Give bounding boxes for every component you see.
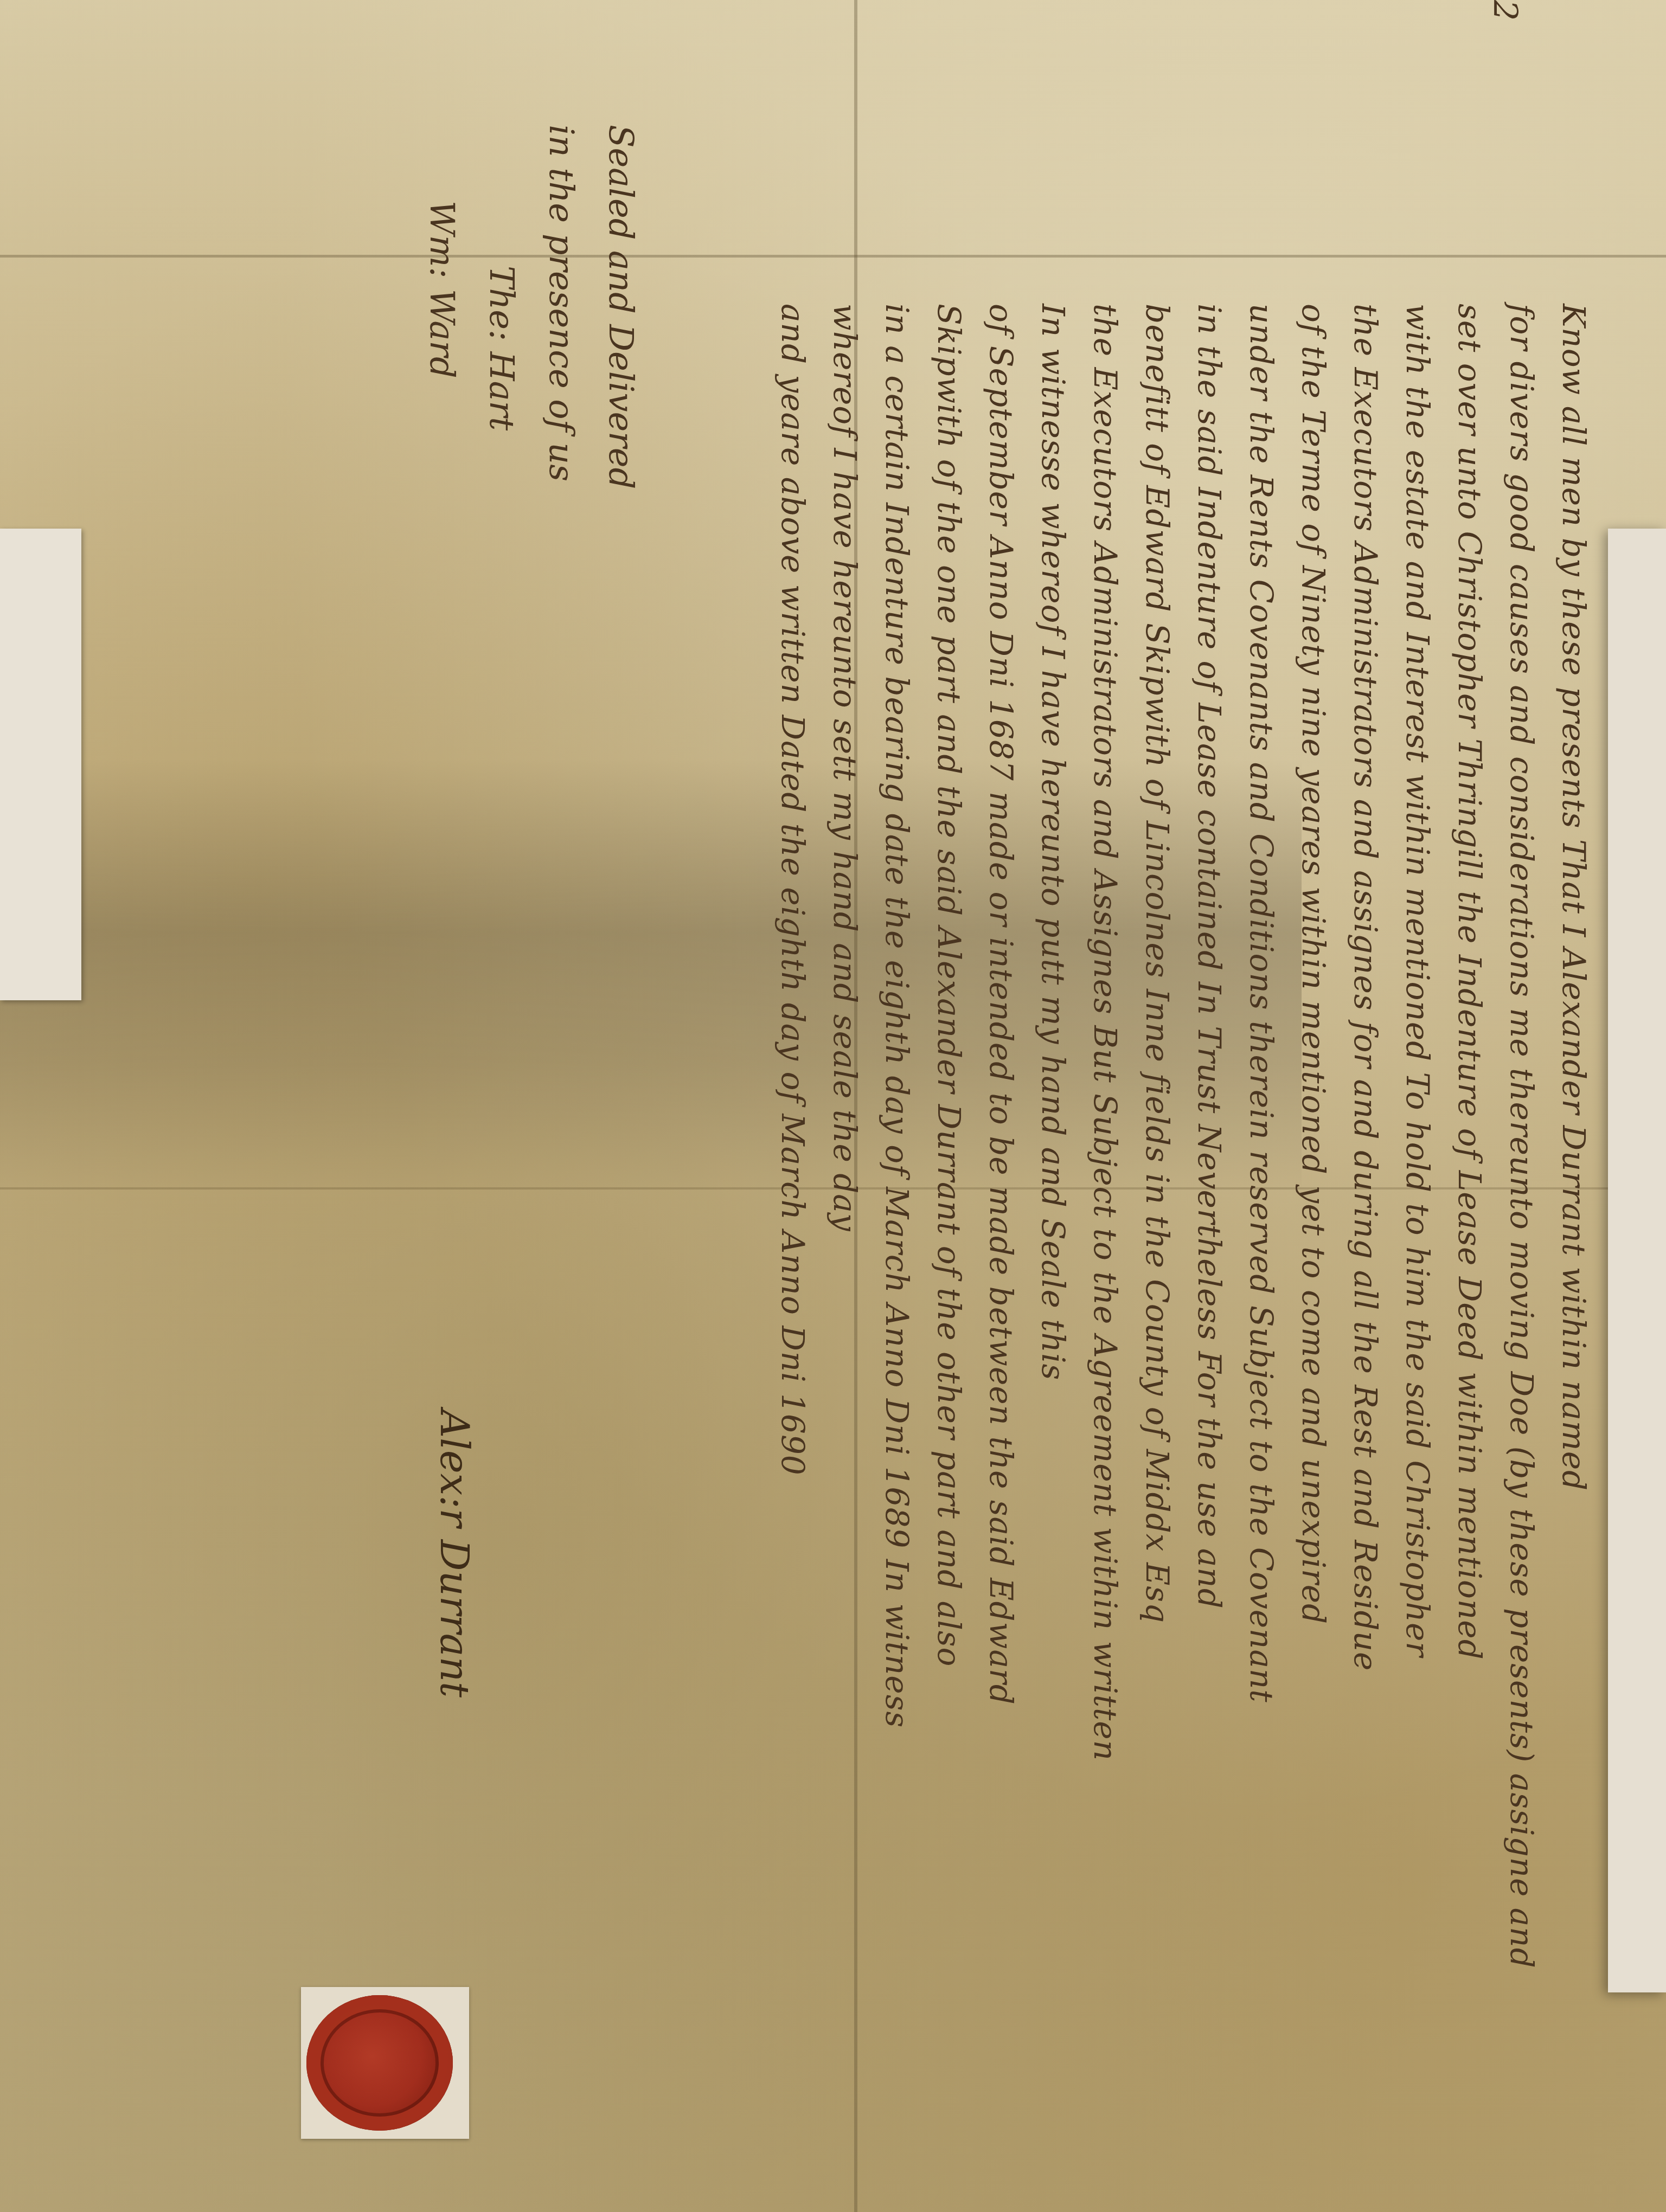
witness-name: Wm: Ward	[412, 125, 472, 884]
signature: Alex:r Durrant	[390, 1410, 477, 1952]
mounting-tab-right	[1608, 529, 1666, 1992]
text-line: In witnesse whereof I have hereunto putt…	[1027, 304, 1079, 2201]
text-line: of the Terme of Ninety nine yeares withi…	[1287, 304, 1340, 2201]
witness-name: The: Hart	[472, 125, 531, 884]
endorsement: Sealed and Delivered in the presence of …	[325, 125, 651, 884]
text-line: the Executors Administrators and assigne…	[1340, 304, 1392, 2201]
text-line: set over unto Christopher Thringill the …	[1444, 304, 1496, 2201]
endorsement-line: in the presence of us	[531, 125, 591, 884]
text-line: in the said Indenture of Lease contained…	[1183, 304, 1235, 2201]
text-line: the Executors Administrators and Assigne…	[1079, 304, 1131, 2201]
text-line: Skipwith of the one part and the said Al…	[923, 304, 975, 2201]
top-mark: 2	[1443, 0, 1524, 43]
horizontal-fold-line-top	[0, 255, 1666, 258]
text-line: in a certain Indenture bearing date the …	[871, 304, 923, 2201]
text-line: benefitt of Edward Skipwith of Lincolnes…	[1131, 304, 1183, 2201]
text-line: under the Rents Covenants and Conditions…	[1235, 304, 1287, 2201]
text-line: with the estate and Interest within ment…	[1392, 304, 1444, 2201]
text-line: whereof I have hereunto sett my hand and…	[819, 304, 871, 2201]
text-line: for divers good causes and consideration…	[1496, 304, 1548, 2201]
deed-body-text: Know all men by these presents That I Al…	[813, 304, 1600, 2201]
endorsement-line: Sealed and Delivered	[591, 125, 651, 884]
wax-seal-icon	[306, 1995, 453, 2131]
mounting-tab-left	[0, 529, 81, 1000]
text-line: of September Anno Dni 1687 made or inten…	[975, 304, 1027, 2201]
text-line: Know all men by these presents That I Al…	[1548, 304, 1600, 2201]
text-line: and yeare above written Dated the eighth…	[767, 304, 819, 2201]
